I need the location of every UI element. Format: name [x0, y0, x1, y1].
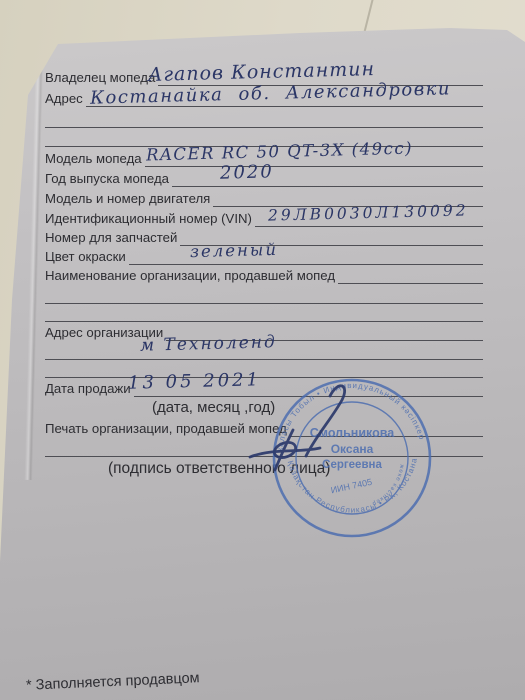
- moped-sale-form: Владелец мопеда Адрес Модель мопеда Год …: [0, 0, 525, 700]
- handwriting-color: зеленый: [190, 240, 278, 261]
- document-photo: Владелец мопеда Адрес Модель мопеда Год …: [0, 0, 525, 700]
- handwriting-year: 2020: [220, 161, 274, 183]
- footnote-filled-by-seller: * Заполняется продавцом: [26, 670, 200, 694]
- signature-stroke-loop: [306, 386, 345, 456]
- responsible-person-signature: [238, 378, 373, 483]
- field-label-sale-date: Дата продажи: [45, 382, 134, 397]
- handwriting-org-address: м Техноленд: [140, 332, 277, 356]
